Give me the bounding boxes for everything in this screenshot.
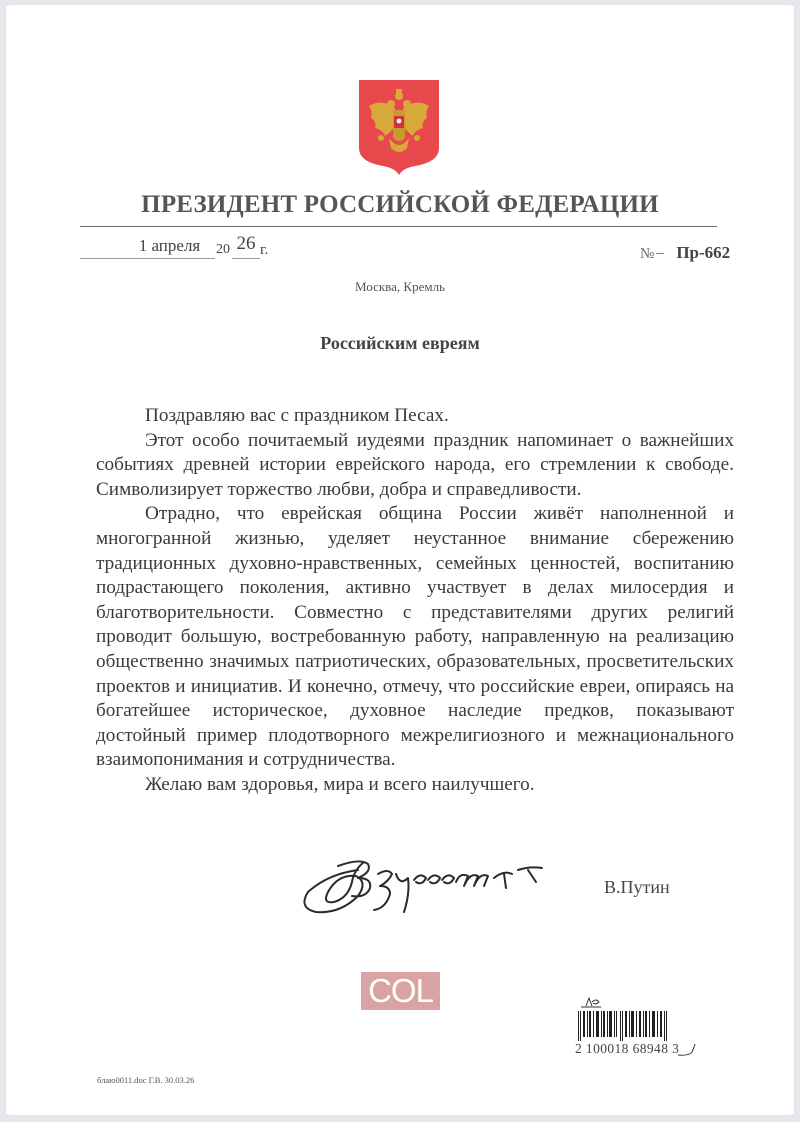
date-suffix: г. — [260, 242, 268, 259]
printer-logo-icon — [580, 996, 602, 1008]
barcode-icon — [578, 1011, 668, 1041]
addressee-heading: Российским евреям — [0, 333, 800, 354]
header-divider — [80, 226, 717, 227]
barcode-number: 2 100018 68948 3 — [575, 1041, 679, 1057]
number-blank — [656, 253, 664, 254]
paragraph: Поздравляю вас с праздником Песах. — [96, 404, 734, 429]
signer-name: В.Путин — [604, 877, 670, 898]
coat-of-arms-icon — [355, 76, 443, 176]
date-year: 26 — [232, 233, 260, 259]
watermark-badge: COL — [361, 972, 440, 1010]
date-day-month: 1 апреля — [80, 236, 215, 259]
number-sign: № — [640, 246, 654, 262]
footer-file-reference: блаю0011.doc Г.В. 30.03.26 — [97, 1075, 194, 1085]
date-century: 20 — [216, 242, 230, 258]
handwritten-mark-icon — [677, 1043, 697, 1057]
place-of-issue: Москва, Кремль — [0, 279, 800, 295]
signature-icon — [298, 852, 560, 922]
paragraph: Этот особо почитаемый иудеями праздник н… — [96, 429, 734, 503]
document-number: №Пр-662 — [640, 243, 730, 263]
paragraph: Желаю вам здоровья, мира и всего наилучш… — [96, 773, 734, 798]
paragraph: Отрадно, что еврейская община России жив… — [96, 502, 734, 773]
letter-body: Поздравляю вас с праздником Песах. Этот … — [96, 404, 734, 798]
number-value: Пр-662 — [676, 243, 730, 262]
header-title: ПРЕЗИДЕНТ РОССИЙСКОЙ ФЕДЕРАЦИИ — [0, 191, 800, 219]
